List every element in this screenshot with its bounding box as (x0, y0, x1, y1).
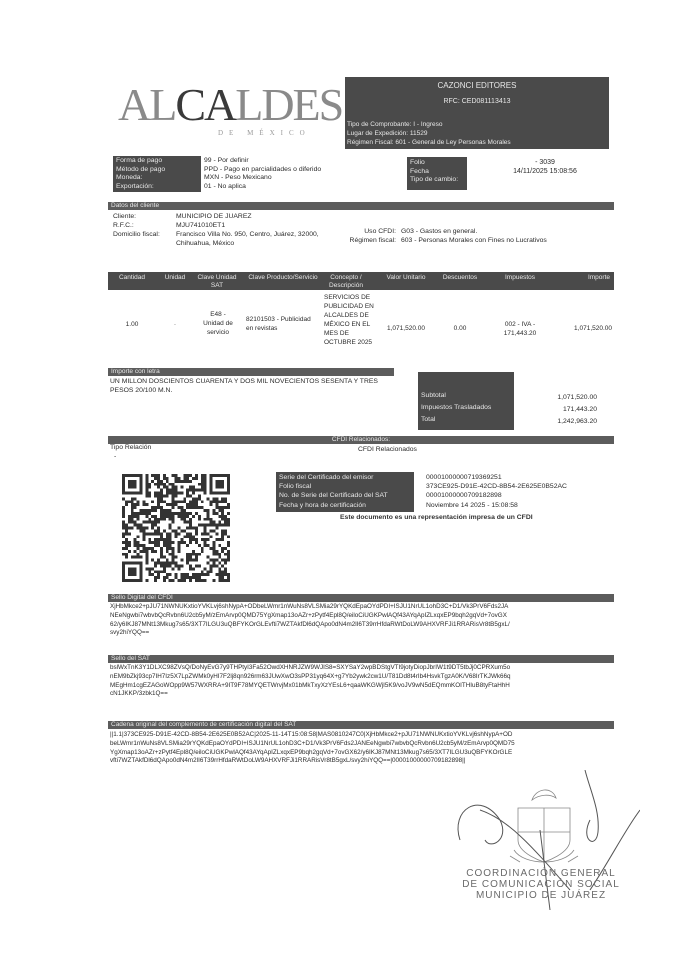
label-serie-certificado-sat: No. de Serie del Certificado del SAT (279, 491, 411, 500)
tipo-relacion-label: Tipo Relación (110, 444, 151, 452)
fecha-certificacion-value: Noviembre 14 2025 - 15:08:58 (426, 501, 567, 510)
subtotal-value: 1,071,520.00 (520, 392, 597, 404)
cell-cantidad: 1.00 (114, 320, 150, 329)
label-exportacion: Exportación: (116, 183, 198, 192)
cell-unidad: - (160, 320, 190, 329)
payment-values: 99 - Por definir PPD - Pago en parcialid… (204, 157, 321, 191)
col-valor-unitario: Valor Unitario (378, 274, 434, 282)
col-descripcion: Concepto / Descripción (324, 274, 368, 290)
fecha-value: 14/11/2025 15:08:56 (500, 167, 590, 176)
related-cfdi-header: CFDI Relacionados: (108, 436, 614, 444)
client-labels: Cliente: R.F.C.: Domicilio fiscal: (113, 212, 160, 239)
totals-values: 1,071,520.00 171,443.20 1,242,963.20 (520, 392, 597, 428)
label-moneda: Moneda: (116, 174, 198, 183)
label-uso-cfdi: Uso CFDI: (342, 227, 396, 236)
logo-text-mid: CA (175, 79, 235, 130)
label-folio-fiscal: Folio fiscal (279, 482, 411, 491)
stamp-line-2: DE COMUNICACIÓN SOCIAL (446, 879, 636, 890)
cell-descripcion: SERVICIOS DE PUBLICIDAD EN ALCALDES DE M… (324, 293, 374, 347)
emitter-rfc: RFC: CED081113413 (345, 98, 609, 107)
label-fecha: Fecha (410, 168, 464, 177)
amount-letter-text: UN MILLON DOSCIENTOS CUARENTA Y DOS MIL … (110, 377, 400, 395)
payment-labels: Forma de pago Método de pago Moneda: Exp… (113, 156, 201, 192)
cliente-rfc-value: MJU741010ET1 (176, 221, 346, 230)
cell-valor-unitario: 1,071,520.00 (376, 324, 436, 333)
sello-cfdi-text: XjHbMkce2+pJU71NWNUKxtioYVKLvj6shNypA+OD… (110, 603, 510, 638)
label-total: Total (421, 414, 511, 426)
folio-fiscal-value: 373CE925-D91E-42CD-8B54-2E625E0B52AC (426, 482, 567, 491)
cfdi-representation-note: Este documento es una representación imp… (340, 514, 533, 522)
label-subtotal: Subtotal (421, 390, 511, 402)
label-tipo-cambio: Tipo de cambio: (410, 176, 464, 185)
folio-value: - 3039 (500, 158, 590, 167)
label-forma-pago: Forma de pago (116, 157, 198, 166)
moneda-value: MXN - Peso Mexicano (204, 174, 321, 183)
amount-letter-header: Importe con letra (108, 368, 394, 376)
label-rfc: R.F.C.: (113, 221, 160, 230)
label-regimen-receptor: Régimen fiscal: (342, 236, 396, 245)
stamp-line-3: MUNICIPIO DE JUÁREZ (446, 890, 636, 901)
domicilio-value: Francisco Villa No. 950, Centro, Juárez,… (176, 230, 346, 248)
cadena-original-header: Cadena original del complemento de certi… (108, 721, 614, 729)
col-cantidad: Cantidad (114, 274, 150, 282)
sello-cfdi-header: Sello Digital del CFDI (108, 594, 614, 602)
label-cliente: Cliente: (113, 212, 160, 221)
tipo-comprobante: Tipo de Comprobante: I - Ingreso (347, 120, 511, 129)
lugar-expedicion: Lugar de Expedición: 11529 (347, 129, 511, 138)
client-section-header: Datos del cliente (108, 202, 614, 210)
regimen-fiscal-emisor: Régimen Fiscal: 601 - General de Ley Per… (347, 138, 511, 147)
cell-clave-producto: 82101503 - Publicidad en revistas (246, 315, 316, 333)
tipo-relacion-value: - (114, 453, 116, 461)
serie-certificado-sat-value: 00001000000709182898 (426, 491, 567, 500)
sello-sat-text: bslWxTnK3Y1DLXC98ZVsQ/DoNyEvG7y9THPtyI3F… (110, 664, 512, 699)
emitter-box: CAZONCI EDITORES RFC: CED081113413 Tipo … (345, 77, 609, 149)
col-impuestos: Impuestos (492, 274, 548, 282)
folio-labels: Folio Fecha Tipo de cambio: (407, 157, 467, 190)
total-value: 1,242,963.20 (520, 416, 597, 428)
col-descuentos: Descuentos (436, 274, 484, 282)
col-unidad: Unidad (160, 274, 190, 282)
cfdi-values: G03 - Gastos en general. 603 - Personas … (401, 227, 547, 245)
totals-labels: Subtotal Impuestos Trasladados Total (418, 372, 514, 430)
cell-descuentos: 0.00 (438, 324, 482, 333)
regimen-receptor-value: 603 - Personas Morales con Fines no Lucr… (401, 236, 547, 245)
alcaldes-logo: ALCALDES DE MÉXICO (118, 82, 328, 142)
stamp-text: COORDINACIÓN GENERAL DE COMUNICACIÓN SOC… (446, 868, 636, 901)
logo-subtitle: DE MÉXICO (218, 129, 311, 138)
logo-text-right: LDES (235, 79, 342, 130)
qr-code (122, 474, 230, 582)
concepts-table-header: Cantidad Unidad Clave Unidad SAT Clave P… (108, 272, 614, 290)
serie-certificado-emisor-value: 00001000000719369251 (426, 473, 567, 482)
cliente-value: MUNICIPIO DE JUAREZ (176, 212, 346, 221)
logo-text-left: AL (118, 79, 175, 130)
cfdi-labels: Uso CFDI: Régimen fiscal: (342, 227, 396, 245)
metodo-pago-value: PPD - Pago en parcialidades o diferido (204, 166, 321, 175)
folio-values: - 3039 14/11/2025 15:08:56 (500, 158, 590, 176)
label-serie-certificado-emisor: Serie del Certificado del emisor (279, 473, 411, 482)
forma-pago-value: 99 - Por definir (204, 157, 321, 166)
cfdi-relacionados-label: CFDI Relacionados (358, 446, 417, 454)
stamp-line-1: COORDINACIÓN GENERAL (446, 868, 636, 879)
label-impuestos-trasladados: Impuestos Trasladados (421, 402, 511, 414)
emitter-name: CAZONCI EDITORES (345, 81, 609, 91)
cell-impuestos: 002 - IVA - 171,443.20 (492, 320, 548, 338)
table-row: 1.00 - E48 - Unidad de servicio 82101503… (108, 292, 614, 368)
certificate-labels: Serie del Certificado del emisor Folio f… (276, 472, 414, 512)
cell-importe: 1,071,520.00 (548, 324, 612, 333)
exportacion-value: 01 - No aplica (204, 183, 321, 192)
col-importe: Importe (554, 274, 610, 282)
cell-clave-unidad: E48 - Unidad de servicio (200, 310, 236, 337)
impuestos-trasladados-value: 171,443.20 (520, 404, 597, 416)
certificate-values: 00001000000719369251 373CE925-D91E-42CD-… (426, 473, 567, 510)
cadena-original-text: ||1.1|373CE925-D91E-42CD-8B54-2E625E0B52… (110, 731, 515, 766)
col-clave-unidad: Clave Unidad SAT (196, 274, 238, 290)
sello-sat-header: Sello del SAT (108, 655, 614, 663)
client-values: MUNICIPIO DE JUAREZ MJU741010ET1 Francis… (176, 212, 346, 248)
label-metodo-pago: Método de pago (116, 166, 198, 175)
uso-cfdi-value: G03 - Gastos en general. (401, 227, 547, 236)
label-fecha-certificacion: Fecha y hora de certificación (279, 501, 411, 510)
label-domicilio: Domicilio fiscal: (113, 230, 160, 239)
label-folio: Folio (410, 159, 464, 168)
col-clave-producto: Clave Producto/Servicio (244, 274, 322, 282)
